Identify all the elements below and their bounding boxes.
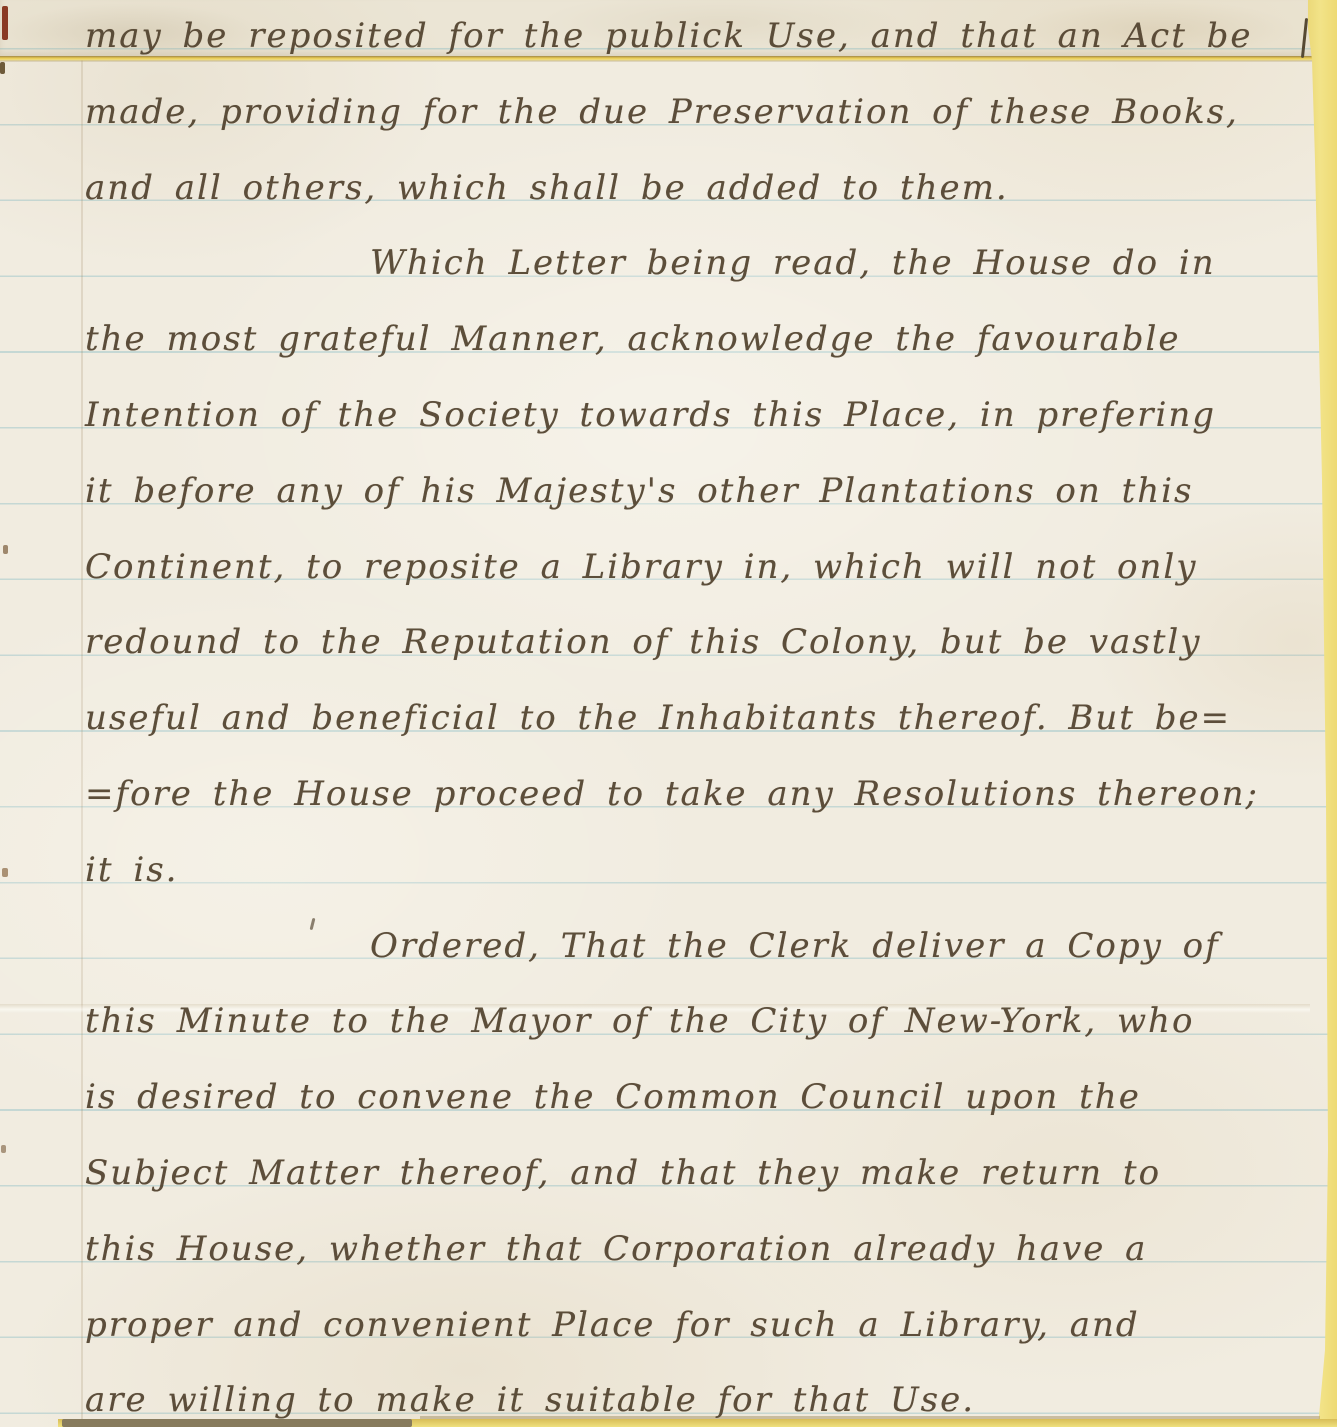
manuscript-line: it is. — [85, 839, 178, 901]
manuscript-line: Ordered, That the Clerk deliver a Copy o… — [370, 915, 1220, 977]
manuscript-line: Continent, to reposite a Library in, whi… — [85, 536, 1198, 598]
manuscript-line: =fore the House proceed to take any Reso… — [85, 763, 1259, 825]
manuscript-scan-page: may be reposited for the publick Use, an… — [0, 0, 1337, 1427]
manuscript-line: are willing to make it suitable for that… — [85, 1369, 975, 1427]
manuscript-line: Which Letter being read, the House do in — [370, 232, 1216, 294]
manuscript-line: made, providing for the due Preservation… — [85, 81, 1239, 143]
manuscript-line: this Minute to the Mayor of the City of … — [85, 990, 1194, 1052]
manuscript-line: redound to the Reputation of this Colony… — [85, 611, 1202, 673]
manuscript-line: the most grateful Manner, acknowledge th… — [85, 308, 1181, 370]
manuscript-line: Intention of the Society towards this Pl… — [85, 384, 1216, 446]
manuscript-line: it before any of his Majesty's other Pla… — [85, 460, 1194, 522]
manuscript-line: useful and beneficial to the Inhabitants… — [85, 687, 1231, 749]
manuscript-line: proper and convenient Place for such a L… — [85, 1294, 1140, 1356]
manuscript-line: Subject Matter thereof, and that they ma… — [85, 1142, 1161, 1204]
manuscript-text: may be reposited for the publick Use, an… — [0, 5, 1337, 1427]
manuscript-line: may be reposited for the publick Use, an… — [85, 5, 1253, 67]
manuscript-line: is desired to convene the Common Council… — [85, 1066, 1141, 1128]
manuscript-line: and all others, which shall be added to … — [85, 157, 1009, 219]
manuscript-line: this House, whether that Corporation alr… — [85, 1218, 1147, 1280]
